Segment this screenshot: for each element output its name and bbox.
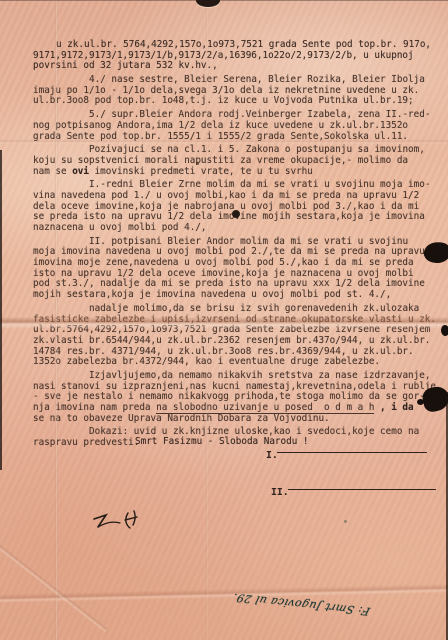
signature-line-1 [277,452,427,453]
paper-notch-tear [196,0,220,7]
paragraph-deletion-request: nadalje molimo,da se brisu iz svih goren… [33,304,445,368]
corner-crease [0,536,107,632]
signature-label-2: II. [271,487,289,498]
typed-line: naznacena u ovoj molbi pod 4./, [33,223,445,234]
paragraph-item4-sisters: 4./ nase sestre, Bleier Serena, Bleier R… [33,75,445,107]
typed-line: 1352o zabelezba br.4372/944, kao i event… [33,357,445,368]
ink-speck [196,162,199,165]
ink-speck [344,520,347,523]
typed-line: ul.br.3oo8 pod top.br. 1o48,t.j. iz kuce… [33,96,445,107]
paragraph-parcels: u zk.ul.br. 5764,4292,157o,1o973,7521 gr… [33,40,445,72]
typed-line: se na to obaveze Uprava Narodnih Dobara … [33,414,445,425]
typed-line: povrsini od 32 jutara 532 kv.hv., [33,61,445,72]
scan-edge-top [0,0,448,1]
typed-segment: imovinski predmeti vrate, te u tu svrhu [89,166,313,177]
ink-blot [417,399,424,405]
scan-edge-left [0,150,2,470]
typed-line: nadalje molimo,da se brisu iz svih goren… [33,304,445,315]
paragraph-claim-second: II. potpisani Bleier Andor molim da mi s… [33,237,445,301]
typed-line: mojih sestara,koja je imovina navedena u… [33,290,445,301]
typed-line: nog potpisanog Andora,ima 1/2 dela iz ku… [33,121,445,132]
paragraph-claim-first: I.-redni Bleier Zrne molim da mi se vrat… [33,180,445,233]
typed-line: nam se ovi imovinski predmeti vrate, te … [33,167,445,178]
horizontal-fold-middle [0,317,448,329]
typed-text-block: u zk.ul.br. 5764,4292,157o,1o973,7521 gr… [33,40,445,452]
paragraph-legal-basis: Pozivajuci se na cl.1. i 5. Zakona o pos… [33,145,445,177]
paragraph-declaration: Izjavljujemo,da nemamo nikakvih sretstva… [33,371,445,424]
typed-line: zk.vlasti br.6544/944,u zk.ul.br.2362 re… [33,336,445,347]
horizontal-crease-upper [0,139,448,144]
typed-segment: , i da [374,402,413,413]
ink-blot [232,210,240,218]
signature-line-2 [288,489,436,490]
pen-scribble [88,505,152,537]
ink-blot [441,325,448,336]
paragraph-item5-spouse: 5./ supr.Bleier Andora rodj.Veinberger I… [33,110,445,142]
typed-segment-bold: ovi [72,166,89,177]
slogan-line: Smrt Fasizmu - Sloboda Narodu ! [135,436,309,447]
typed-segment: nam se [33,166,72,177]
typed-segment: nja imovina nam preda [33,402,156,413]
scanned-document-page: u zk.ul.br. 5764,4292,157o,1o973,7521 gr… [0,0,448,640]
